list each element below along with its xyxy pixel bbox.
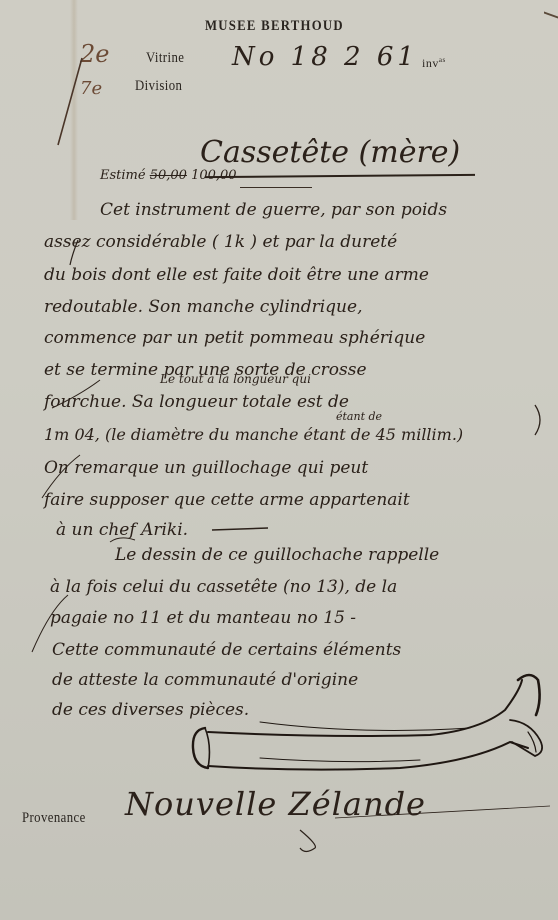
provenance-label: Provenance — [22, 810, 86, 827]
weapon-drawing-icon — [193, 675, 542, 770]
ink-strokes — [0, 0, 558, 920]
provenance-value: Nouvelle Zélande — [125, 785, 426, 823]
document-page: MUSEE BERTHOUD 2e Vitrine 7e Division No… — [0, 0, 558, 920]
